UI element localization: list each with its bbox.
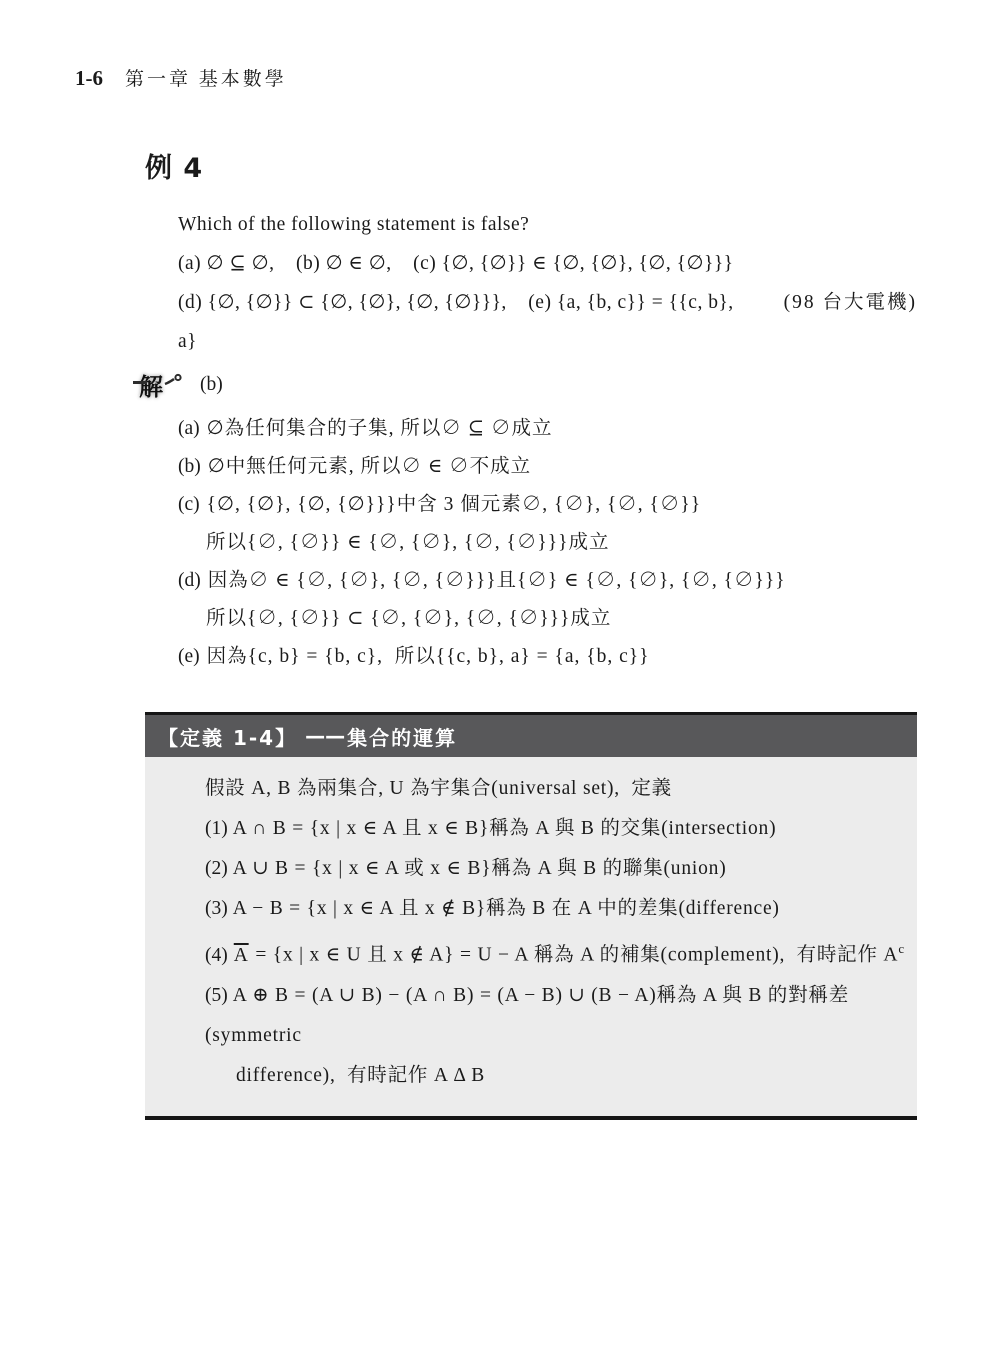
item-number: (5) bbox=[205, 985, 228, 1006]
superscript-c: c bbox=[898, 941, 905, 956]
badge-strike-line bbox=[133, 381, 147, 384]
step-label: (d) bbox=[178, 570, 201, 591]
step-label: (c) bbox=[178, 494, 200, 515]
item-text: = {x | x ∈ U 且 x ∉ A} = U − A 稱為 A 的補集(c… bbox=[250, 945, 899, 966]
definition-title: 集合的運算 bbox=[347, 722, 457, 751]
page-content: 例 4 Which of the following statement is … bbox=[145, 146, 917, 1120]
definition-item-5-cont: difference), 有時記作 A Δ B bbox=[205, 1056, 911, 1096]
solution-answer-row: 解 (b) bbox=[139, 367, 917, 402]
solution-step-e: (e)因為{c, b} = {b, c}, 所以{{c, b}, a} = {a… bbox=[178, 638, 917, 676]
example-question-block: Which of the following statement is fals… bbox=[178, 205, 917, 361]
solution-badge: 解 bbox=[139, 367, 184, 402]
step-label: (b) bbox=[178, 456, 201, 477]
page-number: 1-6 bbox=[75, 66, 103, 91]
item-text: A ⊕ B = (A ∪ B) − (A ∩ B) = (A − B) ∪ (B… bbox=[205, 985, 849, 1046]
solution-step-d: (d)因為∅ ∈ {∅, {∅}, {∅, {∅}}}且{∅} ∈ {∅, {∅… bbox=[178, 562, 917, 600]
definition-item-1: (1)A ∩ B = {x | x ∈ A 且 x ∈ B}稱為 A 與 B 的… bbox=[205, 809, 911, 849]
options-line-1: (a) ∅ ⊆ ∅, (b) ∅ ∈ ∅, (c) {∅, {∅}} ∈ {∅,… bbox=[178, 244, 917, 283]
definition-box: 【定義 1-4】 —— 集合的運算 假設 A, B 為兩集合, U 為宇集合(u… bbox=[145, 712, 917, 1120]
step-text: ∅為任何集合的子集, 所以∅ ⊆ ∅成立 bbox=[207, 418, 553, 439]
item-number: (4) bbox=[205, 945, 228, 966]
step-label: (e) bbox=[178, 646, 200, 667]
step-text: 所以{∅, {∅}} ⊂ {∅, {∅}, {∅, {∅}}}成立 bbox=[206, 608, 611, 629]
question-text: Which of the following statement is fals… bbox=[178, 205, 917, 244]
step-text: {∅, {∅}, {∅, {∅}}}中含 3 個元素∅, {∅}, {∅, {∅… bbox=[207, 494, 701, 515]
step-label: (a) bbox=[178, 418, 200, 439]
item-text: difference), 有時記作 A Δ B bbox=[236, 1065, 485, 1086]
step-text: 所以{∅, {∅}} ∈ {∅, {∅}, {∅, {∅}}}成立 bbox=[206, 532, 610, 553]
definition-item-2: (2)A ∪ B = {x | x ∈ A 或 x ∈ B}稱為 A 與 B 的… bbox=[205, 849, 911, 889]
pen-flourish-icon bbox=[164, 373, 184, 389]
options-line-2: (d) {∅, {∅}} ⊂ {∅, {∅}, {∅, {∅}}}, (e) {… bbox=[178, 283, 750, 361]
step-text: 因為{c, b} = {b, c}, 所以{{c, b}, a} = {a, {… bbox=[207, 646, 650, 667]
step-text: ∅中無任何元素, 所以∅ ∈ ∅不成立 bbox=[208, 456, 531, 477]
item-text: A ∪ B = {x | x ∈ A 或 x ∈ B}稱為 A 與 B 的聯集(… bbox=[233, 858, 727, 879]
example-title: 例 4 bbox=[145, 146, 917, 185]
solution-answer: (b) bbox=[200, 374, 223, 396]
solution-steps: (a)∅為任何集合的子集, 所以∅ ⊆ ∅成立 (b)∅中無任何元素, 所以∅ … bbox=[178, 410, 917, 676]
complement-a-overline: A bbox=[233, 945, 250, 966]
definition-dash: —— bbox=[305, 724, 345, 748]
definition-item-4: (4)A = {x | x ∈ U 且 x ∉ A} = U − A 稱為 A … bbox=[205, 929, 911, 976]
options-line-2-row: (d) {∅, {∅}} ⊂ {∅, {∅}, {∅, {∅}}}, (e) {… bbox=[178, 283, 917, 361]
solution-step-d-cont: 所以{∅, {∅}} ⊂ {∅, {∅}, {∅, {∅}}}成立 bbox=[178, 600, 917, 638]
item-text: A ∩ B = {x | x ∈ A 且 x ∈ B}稱為 A 與 B 的交集(… bbox=[233, 818, 777, 839]
definition-item-5: (5)A ⊕ B = (A ∪ B) − (A ∩ B) = (A − B) ∪… bbox=[205, 976, 911, 1056]
solution-step-c-cont: 所以{∅, {∅}} ∈ {∅, {∅}, {∅, {∅}}}成立 bbox=[178, 524, 917, 562]
item-number: (1) bbox=[205, 818, 228, 839]
running-head: 1-6 第一章 基本數學 bbox=[75, 64, 287, 91]
solution-jie-icon: 解 bbox=[139, 367, 163, 402]
definition-item-3: (3)A − B = {x | x ∈ A 且 x ∉ B}稱為 B 在 A 中… bbox=[205, 889, 911, 929]
definition-intro: 假設 A, B 為兩集合, U 為宇集合(universal set), 定義 bbox=[205, 769, 911, 809]
item-number: (2) bbox=[205, 858, 228, 879]
solution-step-c: (c){∅, {∅}, {∅, {∅}}}中含 3 個元素∅, {∅}, {∅,… bbox=[178, 486, 917, 524]
solution-step-a: (a)∅為任何集合的子集, 所以∅ ⊆ ∅成立 bbox=[178, 410, 917, 448]
item-number: (3) bbox=[205, 898, 228, 919]
definition-label: 【定義 1-4】 bbox=[158, 722, 297, 751]
definition-box-body: 假設 A, B 為兩集合, U 為宇集合(universal set), 定義 … bbox=[145, 757, 917, 1116]
solution-step-b: (b)∅中無任何元素, 所以∅ ∈ ∅不成立 bbox=[178, 448, 917, 486]
item-text: A − B = {x | x ∈ A 且 x ∉ B}稱為 B 在 A 中的差集… bbox=[233, 898, 780, 919]
definition-box-header: 【定義 1-4】 —— 集合的運算 bbox=[145, 715, 917, 757]
exam-source: (98 台大電機) bbox=[784, 283, 917, 322]
chapter-title: 第一章 基本數學 bbox=[125, 64, 287, 91]
step-text: 因為∅ ∈ {∅, {∅}, {∅, {∅}}}且{∅} ∈ {∅, {∅}, … bbox=[208, 570, 786, 591]
